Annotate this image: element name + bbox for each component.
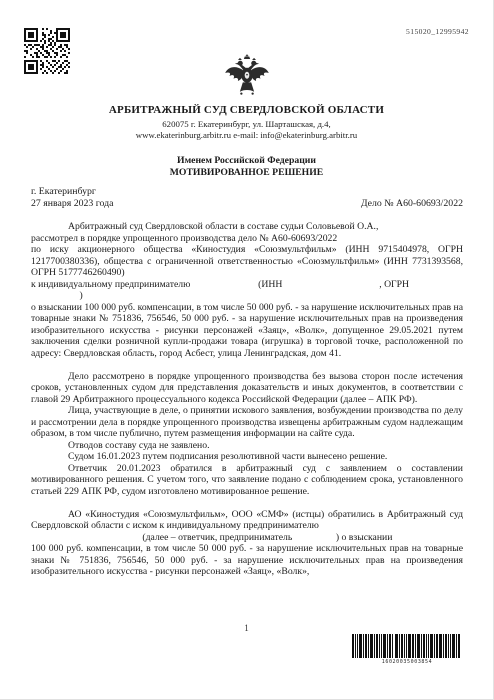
body-paragraph: АО «Киностудия «Союзмультфильм», ООО «СМ… <box>31 509 463 578</box>
body-paragraph: по иску акционерного общества «Киностуди… <box>31 244 463 279</box>
case-number: Дело № А60-60693/2022 <box>361 198 463 210</box>
coat-of-arms-icon <box>223 53 271 99</box>
court-name: АРБИТРАЖНЫЙ СУД СВЕРДЛОВСКОЙ ОБЛАСТИ <box>0 104 493 116</box>
document-title: МОТИВИРОВАННОЕ РЕШЕНИЕ <box>0 167 493 179</box>
document-id-number: 515020_12995942 <box>406 27 469 36</box>
body-paragraph: к индивидуальному предпринимателю (ИНН ,… <box>31 279 463 302</box>
body-paragraph: Отводов составу суда не заявлено. <box>31 440 463 452</box>
decision-date: 27 января 2023 года <box>31 198 113 210</box>
body-paragraph: Дело рассмотрено в порядке упрощенного п… <box>31 371 463 406</box>
case-meta: г. Екатеринбург 27 января 2023 года Дело… <box>31 186 463 210</box>
court-address-line1: 620075 г. Екатеринбург, ул. Шарташская, … <box>0 119 493 130</box>
city-line: г. Екатеринбург <box>31 186 463 198</box>
body-paragraph: Арбитражный суд Свердловской области в с… <box>31 221 463 233</box>
body-paragraph: о взыскании 100 000 руб. компенсации, в … <box>31 302 463 360</box>
body-paragraph: Лица, участвующие в деле, о принятии иск… <box>31 405 463 440</box>
court-address-line2: www.ekaterinburg.arbitr.ru e-mail: info@… <box>0 130 493 141</box>
body-paragraph: Судом 16.01.2023 путем подписания резолю… <box>31 451 463 463</box>
barcode: 16020035003854 <box>352 634 462 665</box>
decision-body: Арбитражный суд Свердловской области в с… <box>31 221 463 578</box>
court-document-page: 515020_12995942 <box>0 0 494 700</box>
page-number: 1 <box>0 623 493 633</box>
court-address: 620075 г. Екатеринбург, ул. Шарташская, … <box>0 119 493 141</box>
qr-code-icon <box>24 28 70 74</box>
in-the-name-line: Именем Российской Федерации <box>0 155 493 167</box>
barcode-digits: 16020035003854 <box>352 659 462 665</box>
document-heading: Именем Российской Федерации МОТИВИРОВАНН… <box>0 155 493 179</box>
body-paragraph: рассмотрел в порядке упрощенного произво… <box>31 233 463 245</box>
body-paragraph: Ответчик 20.01.2023 обратился в арбитраж… <box>31 463 463 498</box>
